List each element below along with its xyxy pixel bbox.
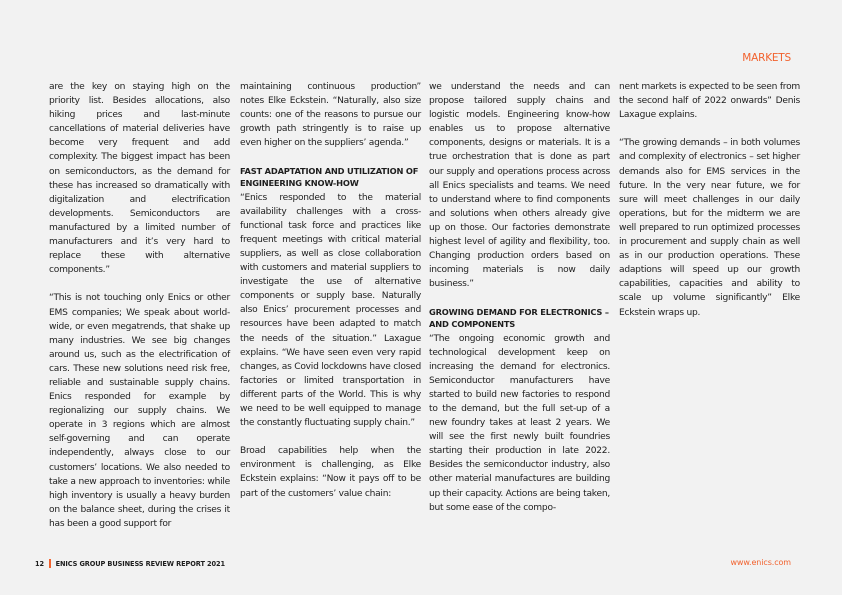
section-label: MARKETS xyxy=(742,52,791,64)
website-link[interactable]: www.enics.com xyxy=(730,558,791,567)
text-column-2: maintaining continuous production” notes… xyxy=(240,80,421,515)
paragraph: “The growing demands – in both volumes a… xyxy=(619,136,800,319)
paragraph: we understand the needs and can propose … xyxy=(429,80,610,291)
paragraph: Broad capabilities help when the environ… xyxy=(240,444,421,500)
paragraph: “This is not touching only Enics or othe… xyxy=(49,291,230,531)
subheading: GROWING DEMAND FOR ELECTRONICS – AND COM… xyxy=(429,306,610,330)
text-column-3: we understand the needs and can propose … xyxy=(429,80,610,529)
paragraph: are the key on staying high on the prior… xyxy=(49,80,230,277)
paragraph: “The ongoing economic growth and technol… xyxy=(429,332,610,515)
text-column-1: are the key on staying high on the prior… xyxy=(49,80,230,545)
publication-title: ENICS GROUP BUSINESS REVIEW REPORT 2021 xyxy=(56,560,225,568)
subheading: FAST ADAPTATION AND UTILIZATION OF ENGIN… xyxy=(240,165,421,189)
page-number: 12 xyxy=(35,560,44,568)
paragraph: nent markets is expected to be seen from… xyxy=(619,80,800,122)
footer-publication: 12 ENICS GROUP BUSINESS REVIEW REPORT 20… xyxy=(35,559,225,568)
footer-divider xyxy=(49,559,51,568)
paragraph: maintaining continuous production” notes… xyxy=(240,80,421,150)
paragraph: “Enics responded to the material availab… xyxy=(240,191,421,431)
text-column-4: nent markets is expected to be seen from… xyxy=(619,80,800,334)
